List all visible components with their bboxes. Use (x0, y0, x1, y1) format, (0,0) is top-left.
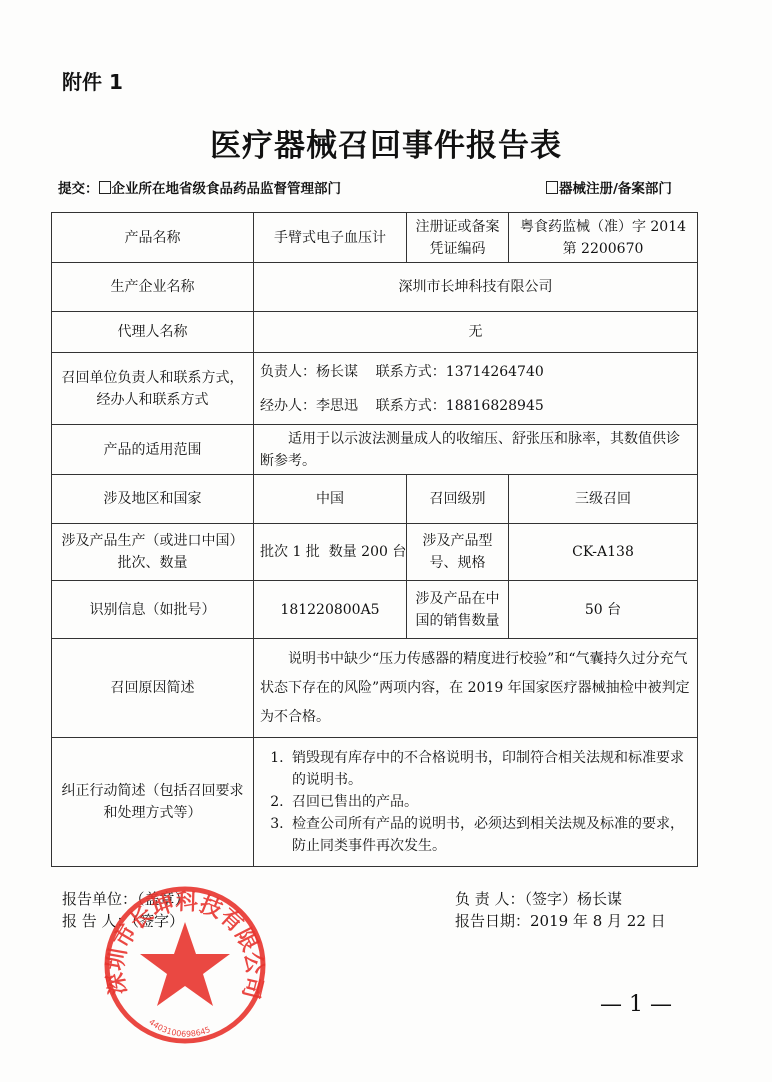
agent: 无 (254, 312, 698, 353)
scope: 适用于以示波法测量成人的收缩压、舒张压和脉率，其数值供诊断参考。 (254, 425, 698, 475)
responsible-person: 负 责 人：（签字）杨长谋 (455, 888, 622, 910)
region: 中国 (254, 475, 407, 524)
product-name: 手臂式电子血压计 (254, 213, 407, 263)
company-seal-icon: 深圳市长坤科技有限公司 4403100698645 (100, 880, 270, 1050)
region-label: 涉及地区和国家 (52, 475, 254, 524)
product-name-label: 产品名称 (52, 213, 254, 263)
level: 三级召回 (509, 475, 698, 524)
checkbox-provincial[interactable] (99, 181, 111, 194)
sales-label: 涉及产品在中国的销售数量 (407, 581, 509, 639)
checkbox-registration[interactable] (546, 181, 558, 194)
page-number: — 1 — (600, 992, 672, 1017)
attachment-label: 附件 1 (62, 66, 123, 95)
scope-label: 产品的适用范围 (52, 425, 254, 475)
reason-label: 召回原因简述 (52, 639, 254, 738)
action-cell: 销毁现有库存中的不合格说明书，印制符合相关法规和标准要求的说明书。 召回已售出的… (254, 738, 698, 867)
submit-option-registration: 器械注册/备案部门 (559, 181, 672, 197)
submit-left: 提交：企业所在地省级食品药品监督管理部门 (58, 177, 341, 197)
level-label: 召回级别 (407, 475, 509, 524)
reg-label: 注册证或备案凭证编码 (407, 213, 509, 263)
action-item: 销毁现有库存中的不合格说明书，印制符合相关法规和标准要求的说明书。 (288, 747, 691, 791)
batch-label: 涉及产品生产（或进口中国）批次、数量 (52, 524, 254, 581)
action-label: 纠正行动简述（包括召回要求和处理方式等） (52, 738, 254, 867)
submit-option-provincial: 企业所在地省级食品药品监督管理部门 (112, 181, 342, 197)
model-label: 涉及产品型号、规格 (407, 524, 509, 581)
agent-label: 代理人名称 (52, 312, 254, 353)
contact-line-responsible: 负责人：杨长谋 联系方式：13714264740 (260, 361, 691, 383)
batch: 批次 1 批 数量 200 台 (254, 524, 407, 581)
contact-label: 召回单位负责人和联系方式，经办人和联系方式 (52, 353, 254, 425)
model: CK-A138 (509, 524, 698, 581)
contact-cell: 负责人：杨长谋 联系方式：13714264740 经办人：李思迅 联系方式：18… (254, 353, 698, 425)
submit-right: 器械注册/备案部门 (546, 177, 672, 197)
id-value: 181220800A5 (254, 581, 407, 639)
sales: 50 台 (509, 581, 698, 639)
contact-line-handler: 经办人：李思迅 联系方式：18816828945 (260, 395, 691, 417)
action-item: 检查公司所有产品的说明书，必须达到相关法规及标准的要求，防止同类事件再次发生。 (288, 813, 691, 857)
recall-report-table: 产品名称 手臂式电子血压计 注册证或备案凭证编码 粤食药监械（准）字 2014 … (51, 212, 698, 867)
page-title: 医疗器械召回事件报告表 (0, 120, 772, 165)
submit-label: 提交： (58, 181, 99, 197)
reg-value: 粤食药监械（准）字 2014 第 2200670 (509, 213, 698, 263)
manufacturer: 深圳市长坤科技有限公司 (254, 263, 698, 312)
id-label: 识别信息（如批号） (52, 581, 254, 639)
report-date: 报告日期：2019 年 8 月 22 日 (455, 910, 666, 932)
reason: 说明书中缺少“压力传感器的精度进行校验”和“气囊持久过分充气状态下存在的风险”两… (254, 639, 698, 738)
action-list: 销毁现有库存中的不合格说明书，印制符合相关法规和标准要求的说明书。 召回已售出的… (260, 747, 691, 857)
action-item: 召回已售出的产品。 (288, 791, 691, 813)
manufacturer-label: 生产企业名称 (52, 263, 254, 312)
